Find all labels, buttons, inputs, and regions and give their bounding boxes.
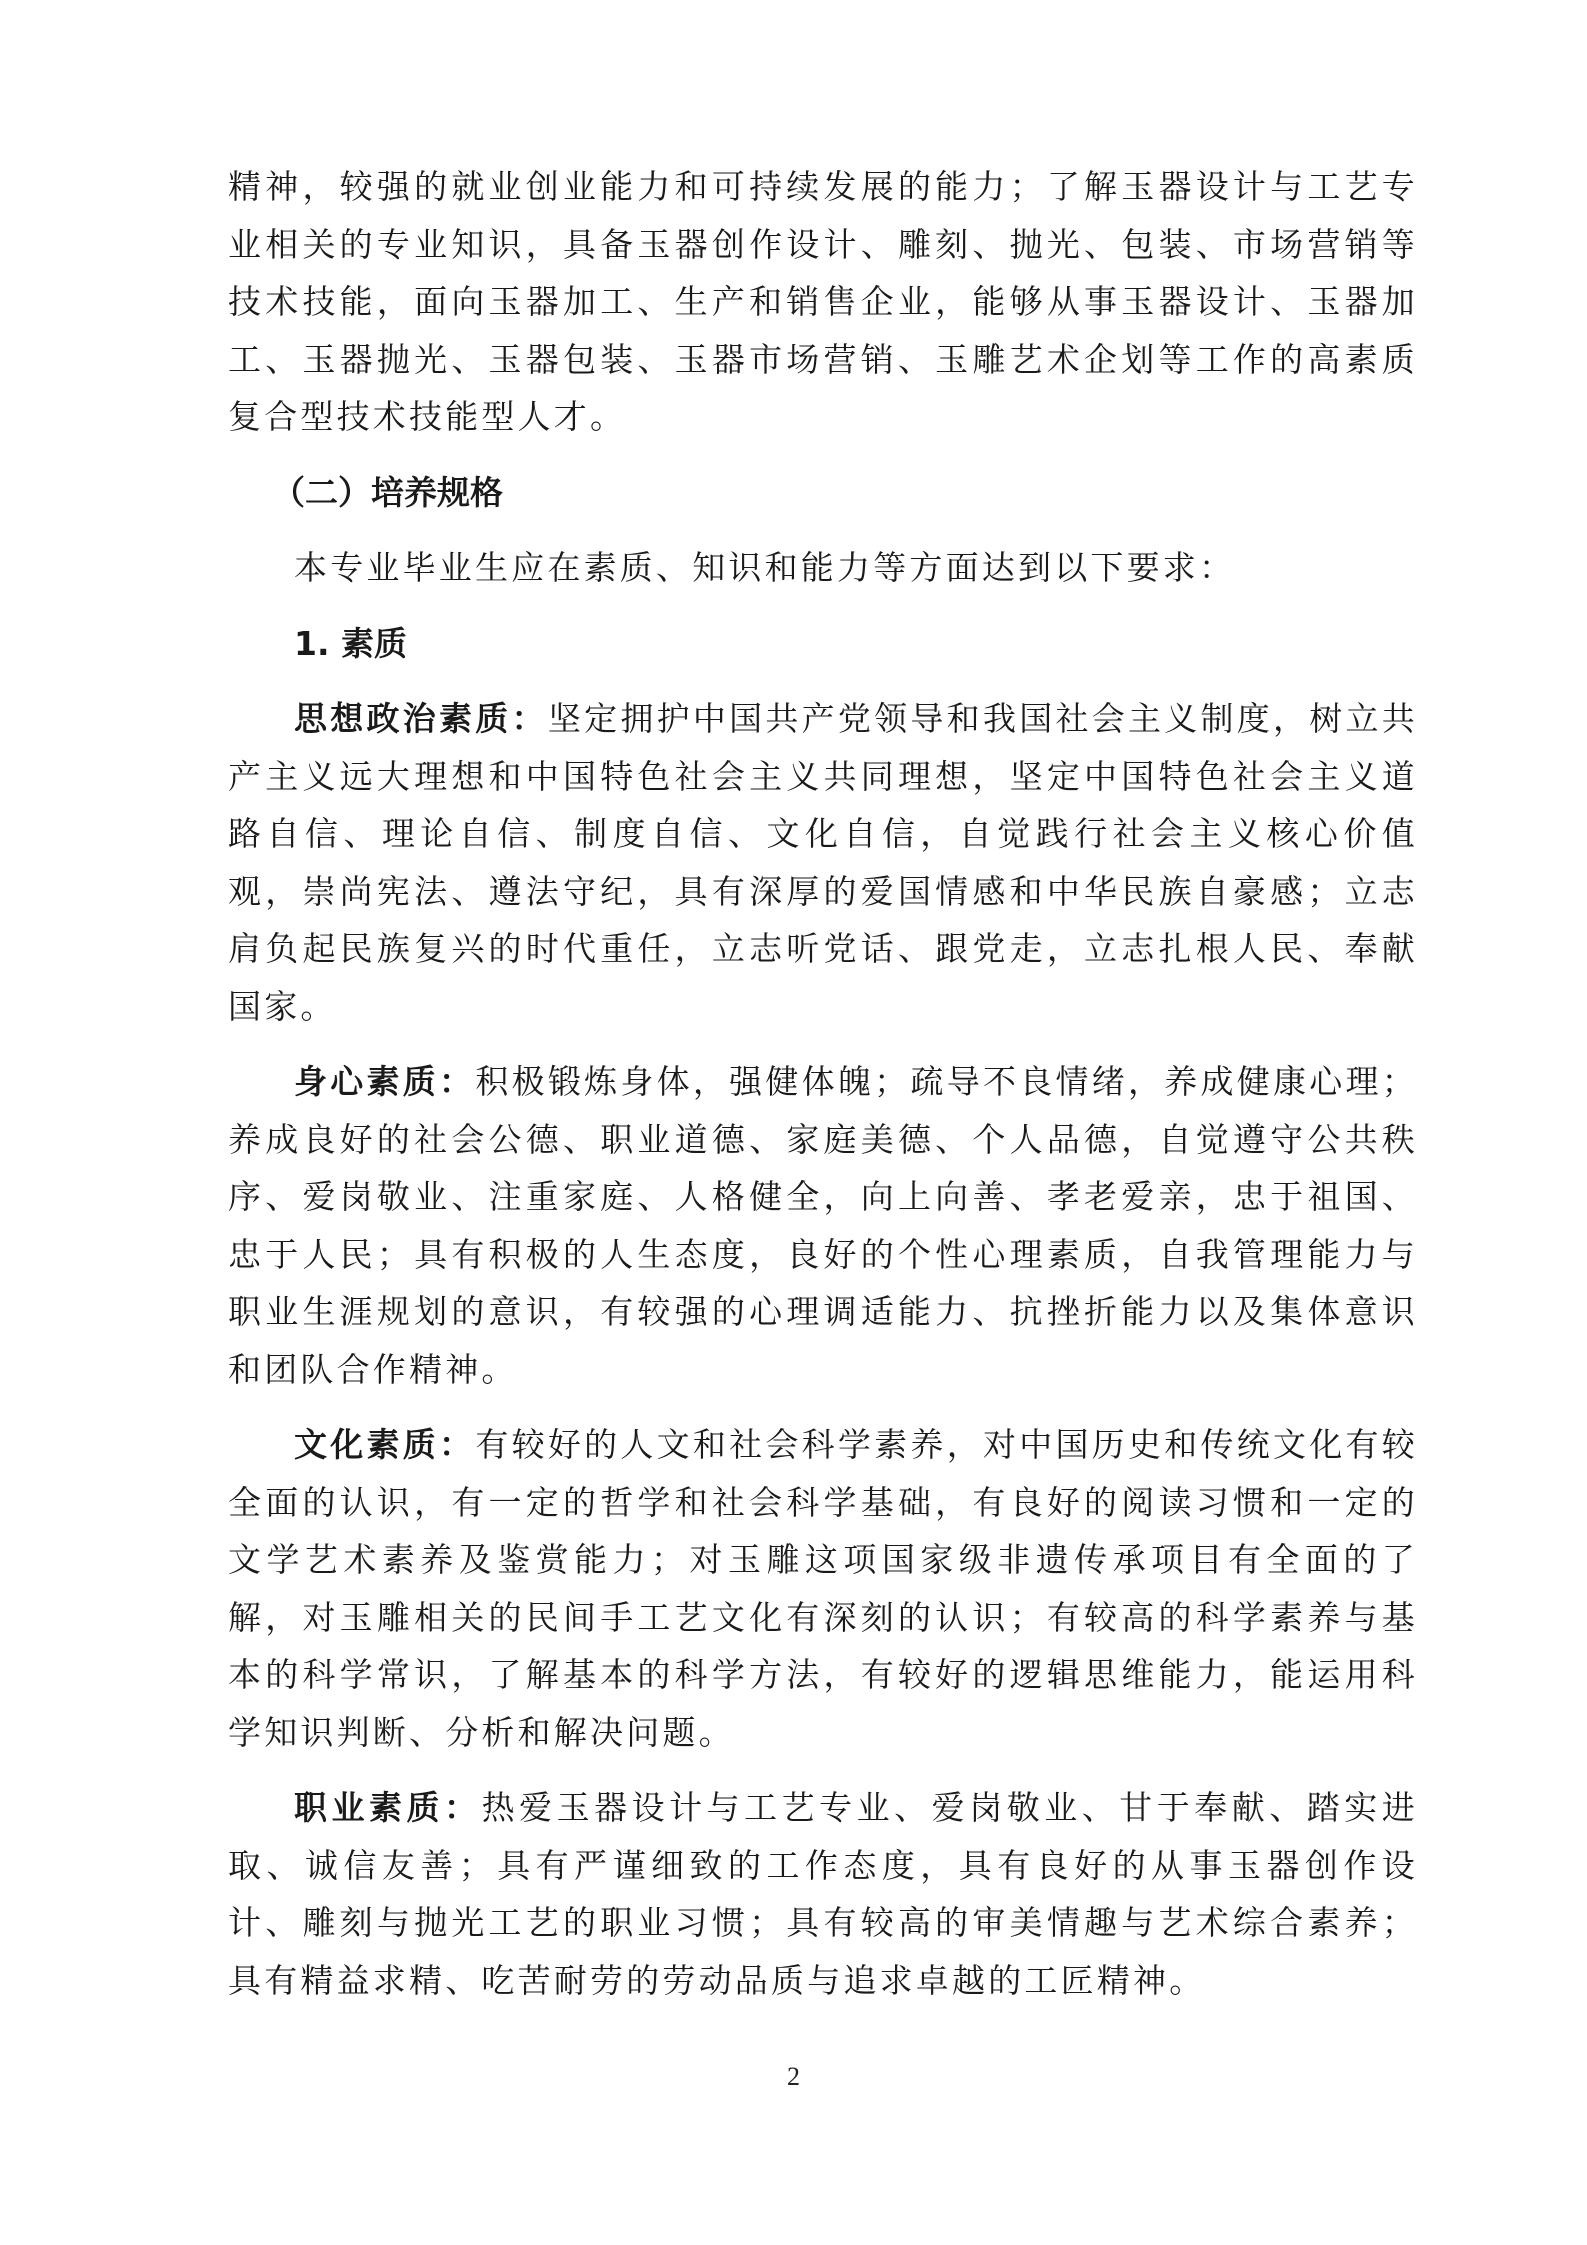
quality-paragraph-professional: 职业素质：热爱玉器设计与工艺专业、爱岗敬业、甘于奉献、踏实进取、诚信友善；具有严… bbox=[228, 1779, 1418, 2009]
quality-label: 文化素质： bbox=[294, 1425, 475, 1464]
quality-text: 坚定拥护中国共产党领导和我国社会主义制度，树立共产主义远大理想和中国特色社会主义… bbox=[228, 699, 1418, 1026]
subsection-heading: 1. 素质 bbox=[228, 615, 1418, 673]
quality-text: 有较好的人文和社会科学素养，对中国历史和传统文化有较全面的认识，有一定的哲学和社… bbox=[228, 1425, 1418, 1752]
document-page: 精神，较强的就业创业能力和可持续发展的能力；了解玉器设计与工艺专业相关的专业知识… bbox=[0, 0, 1587, 2245]
quality-paragraph-cultural: 文化素质：有较好的人文和社会科学素养，对中国历史和传统文化有较全面的认识，有一定… bbox=[228, 1416, 1418, 1761]
intro-paragraph: 精神，较强的就业创业能力和可持续发展的能力；了解玉器设计与工艺专业相关的专业知识… bbox=[228, 158, 1418, 446]
page-number: 2 bbox=[0, 2062, 1587, 2092]
quality-label: 身心素质： bbox=[294, 1062, 475, 1101]
quality-label: 职业素质： bbox=[294, 1788, 482, 1827]
section-heading: （二）培养规格 bbox=[228, 464, 1418, 522]
quality-text: 积极锻炼身体，强健体魄；疏导不良情绪，养成健康心理；养成良好的社会公德、职业道德… bbox=[228, 1062, 1418, 1389]
quality-paragraph-physical-mental: 身心素质：积极锻炼身体，强健体魄；疏导不良情绪，养成健康心理；养成良好的社会公德… bbox=[228, 1053, 1418, 1398]
page-body: 精神，较强的就业创业能力和可持续发展的能力；了解玉器设计与工艺专业相关的专业知识… bbox=[228, 158, 1418, 2009]
quality-label: 思想政治素质： bbox=[294, 699, 548, 738]
section-intro: 本专业毕业生应在素质、知识和能力等方面达到以下要求： bbox=[228, 539, 1418, 597]
quality-paragraph-political: 思想政治素质：坚定拥护中国共产党领导和我国社会主义制度，树立共产主义远大理想和中… bbox=[228, 690, 1418, 1035]
